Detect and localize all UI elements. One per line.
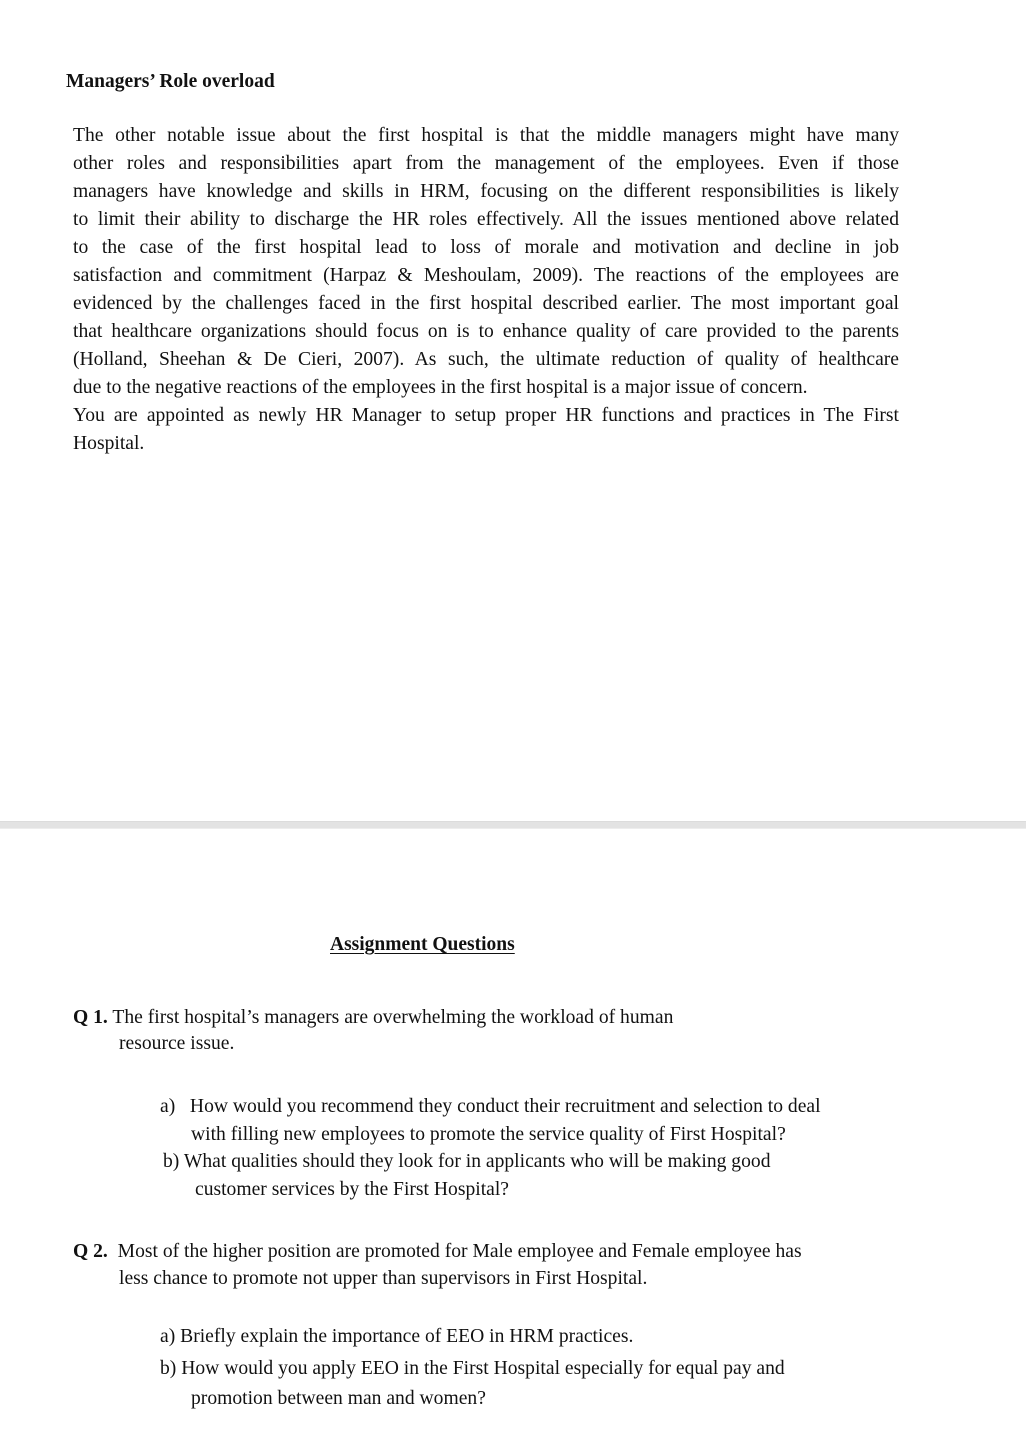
paragraph-line: satisfaction and commitment (Harpaz & Me…	[73, 262, 899, 290]
paragraph-line: that healthcare organizations should foc…	[73, 318, 899, 346]
question-label: Q 1.	[73, 1007, 108, 1028]
sub-question-text-continued: promotion between man and women?	[160, 1384, 785, 1414]
paragraph-line: evidenced by the challenges faced in the…	[73, 290, 899, 318]
paragraph-line: The other notable issue about the first …	[73, 122, 899, 150]
question-text-continued: resource issue.	[73, 1031, 673, 1056]
paragraph-line: to the case of the first hospital lead t…	[73, 234, 899, 262]
document-page-1: Managers’ Role overload The other notabl…	[0, 0, 1026, 821]
sub-question-text: a) How would you recommend they conduct …	[160, 1096, 821, 1117]
paragraph-line: Hospital.	[73, 430, 899, 458]
question-2b: b) How would you apply EEO in the First …	[160, 1354, 785, 1414]
sub-question-text: b) What qualities should they look for i…	[163, 1151, 771, 1172]
document-page-2: Assignment Questions Q 1. The first hosp…	[0, 829, 1026, 1436]
question-text: Most of the higher position are promoted…	[113, 1241, 802, 1262]
paragraph-line: You are appointed as newly HR Manager to…	[73, 402, 899, 430]
question-text: The first hospital’s managers are overwh…	[112, 1007, 673, 1028]
paragraph-line: (Holland, Sheehan & De Cieri, 2007). As …	[73, 346, 899, 374]
question-label: Q 2.	[73, 1241, 108, 1262]
question-text-continued: less chance to promote not upper than su…	[73, 1265, 802, 1293]
body-paragraph: The other notable issue about the first …	[73, 122, 899, 458]
section-heading: Managers’ Role overload	[66, 70, 275, 94]
question-2: Q 2. Most of the higher position are pro…	[73, 1239, 802, 1293]
paragraph-line: to limit their ability to discharge the …	[73, 206, 899, 234]
page-separator	[0, 821, 1026, 829]
sub-question-text-continued: customer services by the First Hospital?	[163, 1176, 771, 1204]
question-1b: b) What qualities should they look for i…	[163, 1148, 771, 1204]
paragraph-line: due to the negative reactions of the emp…	[73, 374, 899, 402]
question-2a: a) Briefly explain the importance of EEO…	[160, 1323, 633, 1351]
sub-question-text-continued: with filling new employees to promote th…	[160, 1121, 821, 1149]
sub-question-text: a) Briefly explain the importance of EEO…	[160, 1326, 633, 1347]
question-1: Q 1. The first hospital’s managers are o…	[73, 1005, 673, 1056]
paragraph-line: other roles and responsibilities apart f…	[73, 150, 899, 178]
question-1a: a) How would you recommend they conduct …	[160, 1093, 821, 1149]
sub-question-text: b) How would you apply EEO in the First …	[160, 1358, 785, 1379]
paragraph-line: managers have knowledge and skills in HR…	[73, 178, 899, 206]
assignment-title: Assignment Questions	[330, 933, 515, 957]
